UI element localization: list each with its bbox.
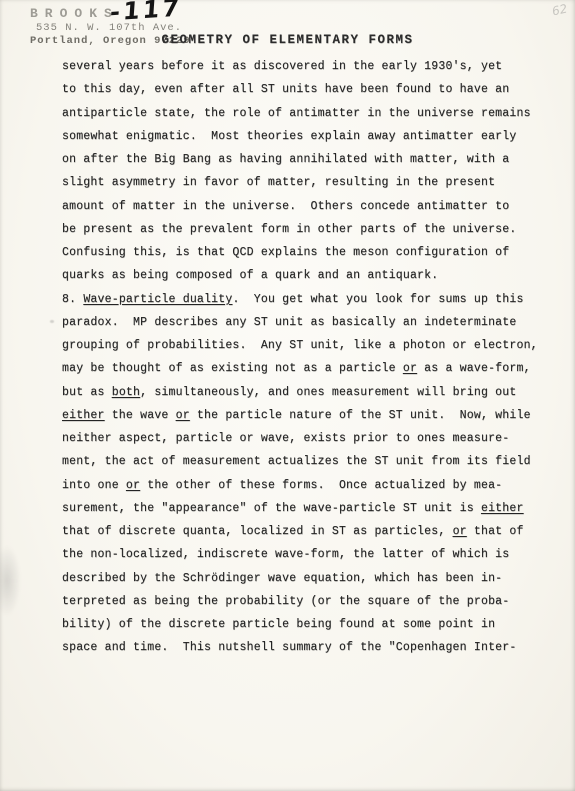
text-segment: antiparticle state, the role of antimatt… <box>62 107 531 120</box>
underlined-text-segment: Wave-particle duality <box>83 293 232 306</box>
text-segment: bility) of the discrete particle being f… <box>62 618 495 631</box>
text-line: ment, the act of measurement actualizes … <box>62 450 537 473</box>
text-segment: but as <box>62 386 112 399</box>
text-segment: the non-localized, indiscrete wave-form,… <box>62 548 509 561</box>
text-segment: be present as the prevalent form in othe… <box>62 223 516 236</box>
text-line: neither aspect, particle or wave, exists… <box>62 427 537 450</box>
underlined-text-segment: or <box>176 409 190 422</box>
text-line: antiparticle state, the role of antimatt… <box>62 102 537 125</box>
text-segment: ment, the act of measurement actualizes … <box>62 455 531 468</box>
scan-speck <box>50 320 54 323</box>
text-segment: . You get what you look for sums up this <box>232 293 523 306</box>
text-line: quarks as being composed of a quark and … <box>62 264 537 287</box>
scan-smudge <box>0 545 21 617</box>
text-segment: surement, the "appearance" of the wave-p… <box>62 502 481 515</box>
text-segment: 8. <box>62 293 83 306</box>
text-line: but as both, simultaneously, and ones me… <box>62 381 537 404</box>
text-segment: space and time. This nutshell summary of… <box>62 641 516 654</box>
text-segment: several years before it as discovered in… <box>62 60 502 73</box>
text-line: paradox. MP describes any ST unit as bas… <box>62 311 537 334</box>
text-segment: to this day, even after all ST units hav… <box>62 83 509 96</box>
text-line: bility) of the discrete particle being f… <box>62 613 537 636</box>
faint-corner-pencil-mark: 62 <box>550 2 568 19</box>
text-line: either the wave or the particle nature o… <box>62 404 537 427</box>
document-body: several years before it as discovered in… <box>62 55 537 660</box>
text-line: amount of matter in the universe. Others… <box>62 195 537 218</box>
text-line: somewhat enigmatic. Most theories explai… <box>62 125 537 148</box>
text-segment: terpreted as being the probability (or t… <box>62 595 509 608</box>
text-segment: on after the Big Bang as having annihila… <box>62 153 509 166</box>
text-line: slight asymmetry in favor of matter, res… <box>62 171 537 194</box>
text-segment: quarks as being composed of a quark and … <box>62 269 438 282</box>
text-line: space and time. This nutshell summary of… <box>62 636 537 659</box>
text-line: be present as the prevalent form in othe… <box>62 218 537 241</box>
text-line: surement, the "appearance" of the wave-p… <box>62 497 537 520</box>
text-line: may be thought of as existing not as a p… <box>62 357 537 380</box>
text-segment: somewhat enigmatic. Most theories explai… <box>62 130 516 143</box>
text-segment: the other of these forms. Once actualize… <box>140 479 502 492</box>
text-segment: , simultaneously, and ones measurement w… <box>140 386 516 399</box>
text-segment: may be thought of as existing not as a p… <box>62 362 403 375</box>
underlined-text-segment: either <box>481 502 524 515</box>
text-segment: described by the Schrödinger wave equati… <box>62 572 502 585</box>
underlined-text-segment: or <box>453 525 467 538</box>
text-segment: slight asymmetry in favor of matter, res… <box>62 176 495 189</box>
underlined-text-segment: or <box>403 362 417 375</box>
text-segment: Confusing this, is that QCD explains the… <box>62 246 509 259</box>
text-line: the non-localized, indiscrete wave-form,… <box>62 543 537 566</box>
text-segment: the particle nature of the ST unit. Now,… <box>190 409 531 422</box>
text-segment: the wave <box>105 409 176 422</box>
text-line: 8. Wave-particle duality. You get what y… <box>62 288 537 311</box>
text-segment: grouping of probabilities. Any ST unit, … <box>62 339 538 352</box>
text-segment: paradox. MP describes any ST unit as bas… <box>62 316 516 329</box>
text-line: described by the Schrödinger wave equati… <box>62 567 537 590</box>
text-line: terpreted as being the probability (or t… <box>62 590 537 613</box>
text-line: into one or the other of these forms. On… <box>62 474 537 497</box>
text-segment: into one <box>62 479 126 492</box>
underlined-text-segment: both <box>112 386 140 399</box>
text-segment: as a wave-form, <box>417 362 531 375</box>
underlined-text-segment: either <box>62 409 105 422</box>
text-segment: amount of matter in the universe. Others… <box>62 200 509 213</box>
text-segment: that of discrete quanta, localized in ST… <box>62 525 453 538</box>
text-line: on after the Big Bang as having annihila… <box>62 148 537 171</box>
text-line: to this day, even after all ST units hav… <box>62 78 537 101</box>
underlined-text-segment: or <box>126 479 140 492</box>
text-line: that of discrete quanta, localized in ST… <box>62 520 537 543</box>
text-segment: neither aspect, particle or wave, exists… <box>62 432 509 445</box>
text-line: grouping of probabilities. Any ST unit, … <box>62 334 537 357</box>
text-segment: that of <box>467 525 524 538</box>
text-line: several years before it as discovered in… <box>62 55 537 78</box>
scanned-document-page: BROOKS 535 N. W. 107th Ave. Portland, Or… <box>0 0 575 791</box>
text-line: Confusing this, is that QCD explains the… <box>62 241 537 264</box>
page-title: GEOMETRY OF ELEMENTARY FORMS <box>55 33 520 47</box>
